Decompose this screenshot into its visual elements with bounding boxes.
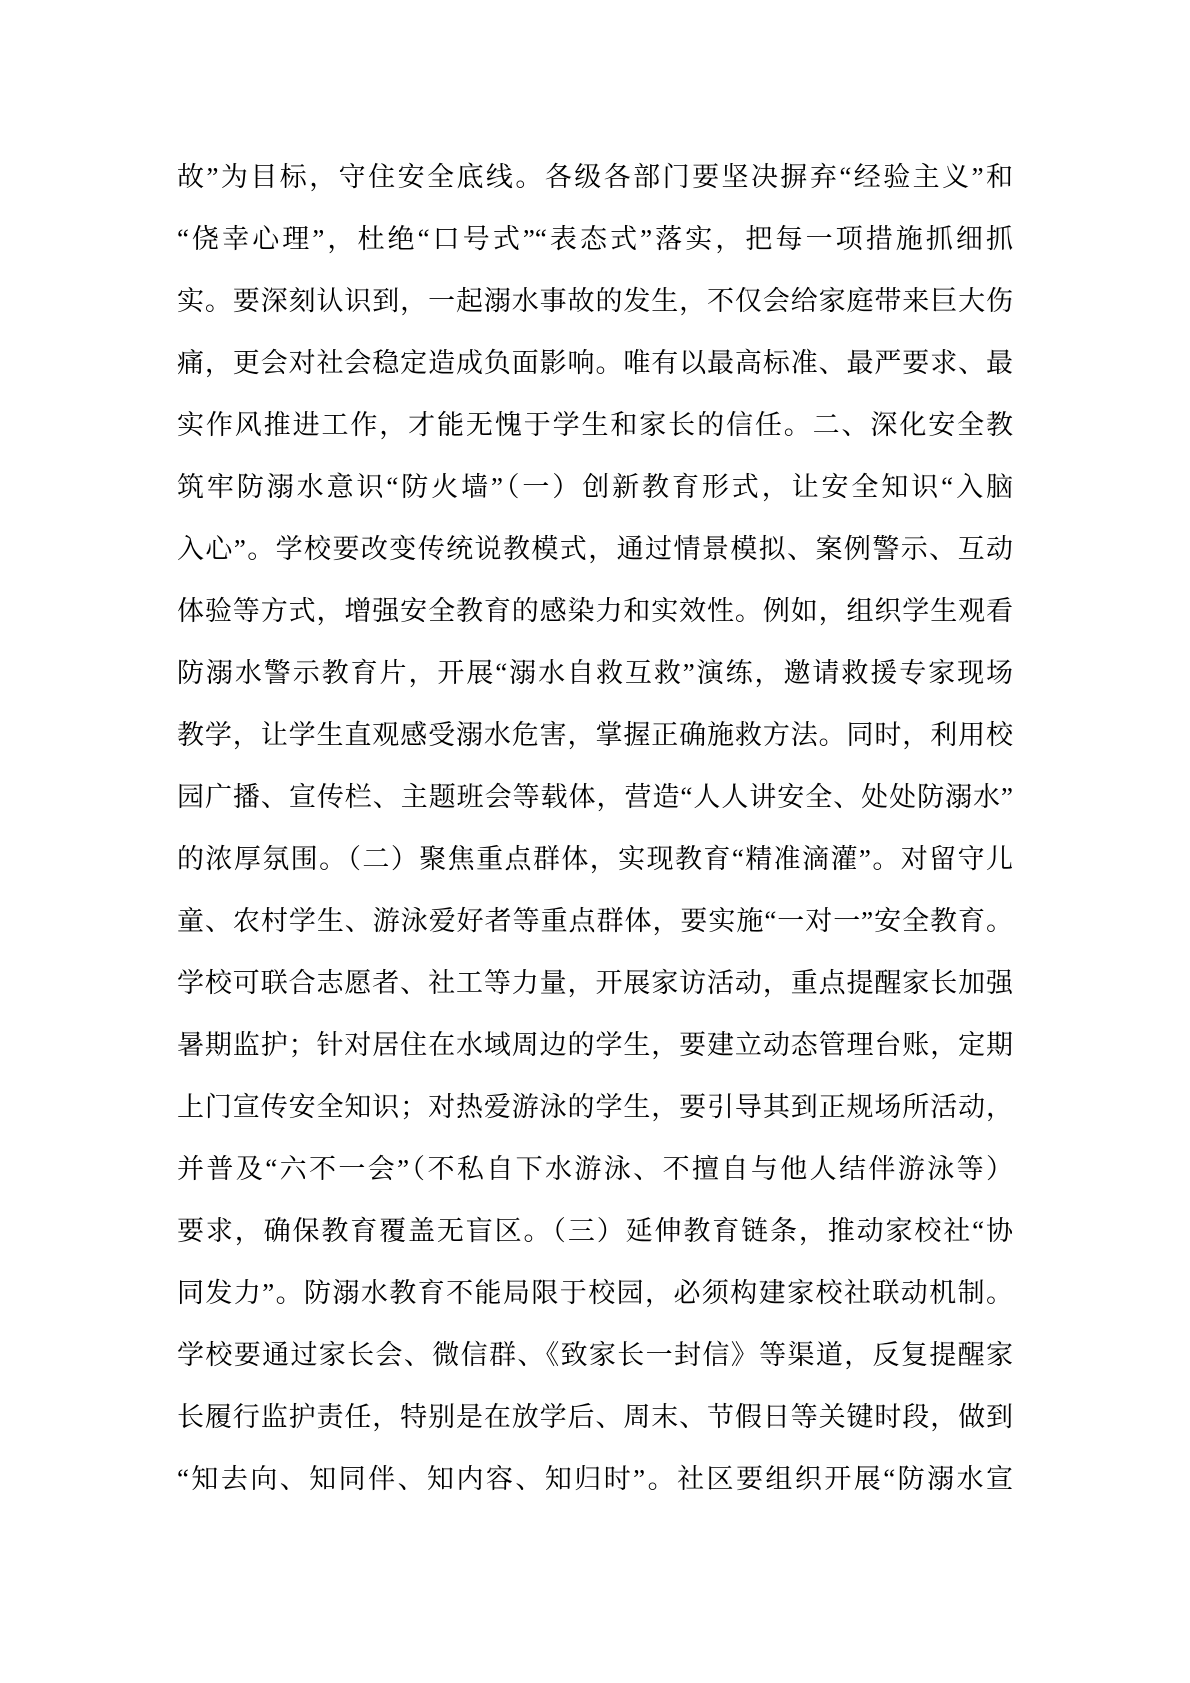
text-line: 长履行监护责任，特别是在放学后、周末、节假日等关键时段，做到 [177, 1386, 1013, 1448]
document-page: 故”为目标，守住安全底线。各级各部门要坚决摒弃“经验主义”和 “侥幸心理”，杜绝… [0, 0, 1190, 1683]
text-line: 同发力”。防溺水教育不能局限于校园，必须构建家校社联动机制。 [177, 1262, 1013, 1324]
text-line: 实。要深刻认识到，一起溺水事故的发生，不仅会给家庭带来巨大伤 [177, 270, 1013, 332]
text-line: 实作风推进工作，才能无愧于学生和家长的信任。二、深化安全教育， [177, 394, 1013, 456]
text-line: 要求，确保教育覆盖无盲区。（三）延伸教育链条，推动家校社“协 [177, 1200, 1013, 1262]
text-line: 防溺水警示教育片，开展“溺水自救互救”演练，邀请救援专家现场 [177, 642, 1013, 704]
text-line: 体验等方式，增强安全教育的感染力和实效性。例如，组织学生观看 [177, 580, 1013, 642]
text-line: 教学，让学生直观感受溺水危害，掌握正确施救方法。同时，利用校 [177, 704, 1013, 766]
text-line: 暑期监护；针对居住在水域周边的学生，要建立动态管理台账，定期 [177, 1014, 1013, 1076]
text-line: 入心”。学校要改变传统说教模式，通过情景模拟、案例警示、互动 [177, 518, 1013, 580]
text-line: 学校可联合志愿者、社工等力量，开展家访活动，重点提醒家长加强 [177, 952, 1013, 1014]
text-line: 学校要通过家长会、微信群、《致家长一封信》等渠道，反复提醒家 [177, 1324, 1013, 1386]
text-line: 园广播、宣传栏、主题班会等载体，营造“人人讲安全、处处防溺水” [177, 766, 1013, 828]
text-line: 上门宣传安全知识；对热爱游泳的学生，要引导其到正规场所活动， [177, 1076, 1013, 1138]
text-line: 故”为目标，守住安全底线。各级各部门要坚决摒弃“经验主义”和 [177, 146, 1013, 208]
text-body: 故”为目标，守住安全底线。各级各部门要坚决摒弃“经验主义”和 “侥幸心理”，杜绝… [177, 146, 1013, 1510]
text-line: 童、农村学生、游泳爱好者等重点群体，要实施“一对一”安全教育。 [177, 890, 1013, 952]
text-line: 的浓厚氛围。（二）聚焦重点群体，实现教育“精准滴灌”。对留守儿 [177, 828, 1013, 890]
text-line: “知去向、知同伴、知内容、知归时”。社区要组织开展“防溺水宣 [177, 1448, 1013, 1510]
text-line: 并普及“六不一会”（不私自下水游泳、不擅自与他人结伴游泳等） [177, 1138, 1013, 1200]
text-line: 痛，更会对社会稳定造成负面影响。唯有以最高标准、最严要求、最 [177, 332, 1013, 394]
text-line: “侥幸心理”，杜绝“口号式”“表态式”落实，把每一项措施抓细抓 [177, 208, 1013, 270]
text-line: 筑牢防溺水意识“防火墙”（一）创新教育形式，让安全知识“入脑 [177, 456, 1013, 518]
